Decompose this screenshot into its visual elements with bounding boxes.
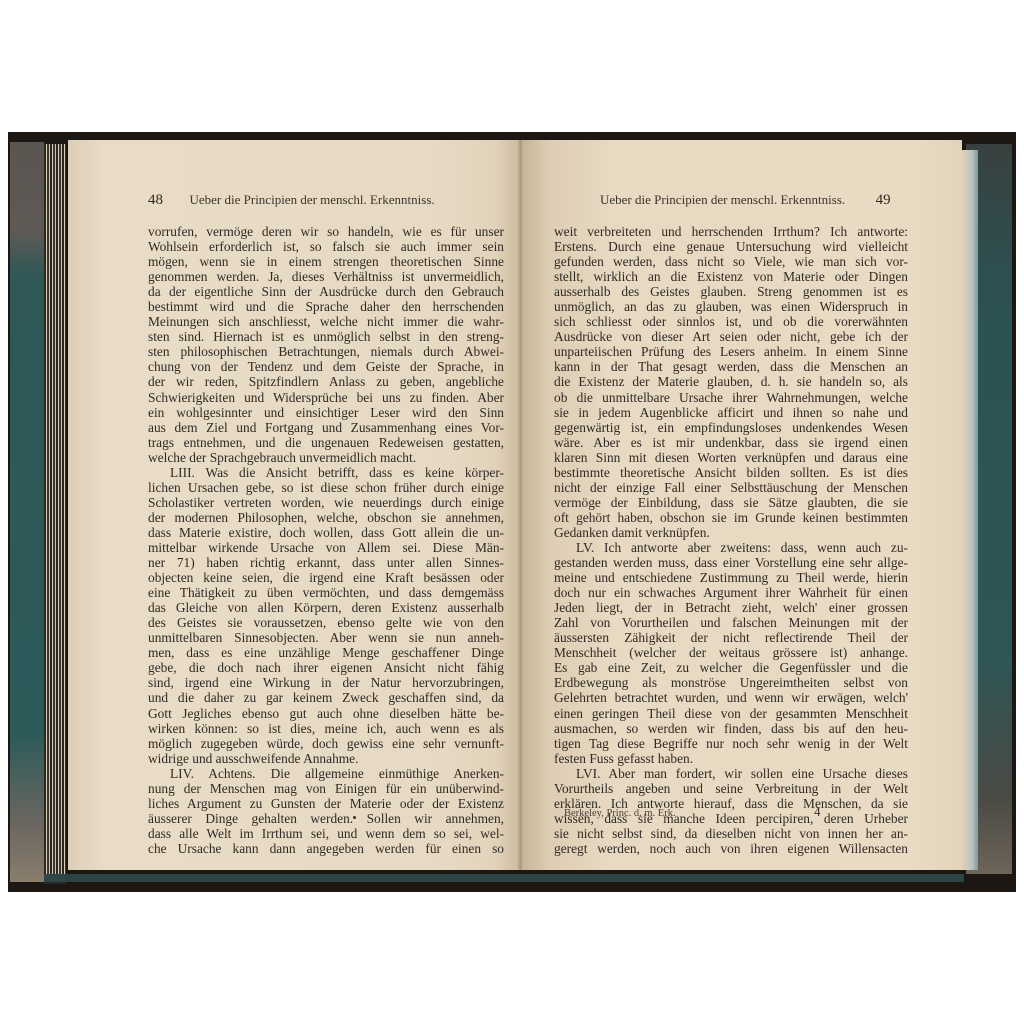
running-head: Ueber die Principien der menschl. Erkenn… [600, 192, 845, 207]
text-line: stellt, wirklich an die Existenz von Mat… [554, 269, 908, 284]
text-line: che Ursache kann dann angegeben werden f… [148, 841, 504, 856]
text-line: der wir reden, Spitzfindlern Anlass zu g… [148, 374, 504, 389]
text-line: äusserer Dinge gehalten werden. Sollen w… [148, 811, 504, 826]
text-line: Meinungen sich anschliesst, welche nicht… [148, 314, 504, 329]
right-page: Ueber die Principien der menschl. Erkenn… [522, 140, 962, 870]
text-line: vorrufen, vermöge deren wir so handeln, … [148, 224, 504, 239]
right-page-header: Ueber die Principien der menschl. Erkenn… [600, 192, 891, 209]
running-head: Ueber die Principien der menschl. Erkenn… [190, 192, 435, 207]
text-line: und die daher zu gar keinem Zweck gescha… [148, 690, 504, 705]
text-line: nung der Menschen mag von Einigen für ei… [148, 781, 504, 796]
text-line: bestimmt wird und die Sprache daher den … [148, 299, 504, 314]
text-line: wäre. Aber es ist mir undenkbar, dass si… [554, 435, 908, 450]
text-line: Gott Jegliches ebenso gut auch ohne dies… [148, 706, 504, 721]
text-line: Jeden liegt, der in Betracht zieht, welc… [554, 600, 908, 615]
text-line: dass alle Welt im Irrthum sei, und wenn … [148, 826, 504, 841]
page-number: 48 [148, 192, 163, 208]
text-line: gestanden werden muss, dass einer Vorste… [554, 555, 908, 570]
text-line: ausserhalb des Geistes glauben. Streng g… [554, 284, 908, 299]
text-line: Zahl von Vorurtheilen und falschen Meinu… [554, 615, 908, 630]
text-line: möglich zugegeben würde, doch gewiss ein… [148, 736, 504, 751]
text-line: der modernen Philosophen, welche, obscho… [148, 510, 504, 525]
text-line: mittelbar wirkende Ursache von Allem sei… [148, 540, 504, 555]
print-speck [353, 816, 356, 819]
open-book: 48 Ueber die Principien der menschl. Erk… [8, 132, 1016, 892]
text-line: genommen werden. Ja, dieses Verhältniss … [148, 269, 504, 284]
text-line: ausmachen, so werden wir finden, dass bi… [554, 721, 908, 736]
text-line: Ausdrücke von dieser Art seien oder nich… [554, 329, 908, 344]
text-line: chung von der Tendenz und dem Geiste der… [148, 359, 504, 374]
text-line: tigen Tag diese Begriffe nur noch sehr w… [554, 736, 908, 751]
text-line: einen geringen Theil diese von der gesam… [554, 706, 908, 721]
text-line: Scholastiker vertreten worden, wie neuer… [148, 495, 504, 510]
text-line: trags entnehmen, und die ungenauen Redew… [148, 435, 504, 450]
text-line: mögen, wenn sie in einem strengen theore… [148, 254, 504, 269]
text-line: Erdbewegung als monströse Ungereimtheite… [554, 675, 908, 690]
text-line: sind, irgend eine Wirkung in der Natur h… [148, 675, 504, 690]
text-line: eine Thätigkeit zu üben vermöchten, und … [148, 585, 504, 600]
text-line: Erstens. Durch eine genaue Untersuchung … [554, 239, 908, 254]
text-line: sich schliesst oder sinnlos ist, und ob … [554, 314, 908, 329]
text-line: die Existenz der Materie glauben, d. h. … [554, 374, 908, 389]
text-line: wirken können: so ist dies, meine ich, a… [148, 721, 504, 736]
text-line: sten philosophischen Betrachtungen, niem… [148, 344, 504, 359]
text-line: LV. Ich antworte aber zweitens: dass, we… [554, 540, 908, 555]
text-line: meine und entschiedene Zustimmung zu The… [554, 570, 908, 585]
text-line: gefunden werden, dass nicht so Viele, wi… [554, 254, 908, 269]
text-line: gebe, die doch nach ihrer eigenen Ansich… [148, 660, 504, 675]
text-line: das Gleiche von allen Körpern, deren Exi… [148, 600, 504, 615]
text-line: doch nur ein schwaches Argument ihrer Wa… [554, 585, 908, 600]
text-line: kann in der That gesagt werden, dass die… [554, 359, 908, 374]
text-line: bestimmte theoretische Ansicht bilden so… [554, 465, 908, 480]
left-page-header: 48 Ueber die Principien der menschl. Erk… [148, 192, 435, 209]
text-line: dass Materie existire, doch wollen, dass… [148, 525, 504, 540]
text-line: Wohlsein erforderlich ist, so falsch sie… [148, 239, 504, 254]
text-line: Es gab eine Zeit, zu welcher die Gegenfü… [554, 660, 908, 675]
text-line: unparteiischen Prüfung des Lesers anheim… [554, 344, 908, 359]
text-line: Vorurtheils angeben und seine Verbreitun… [554, 781, 908, 796]
text-line: unmöglich, an das zu glauben, was einen … [554, 299, 908, 314]
text-line: Gedanken damit verknüpfen. [554, 525, 908, 540]
text-line: LIII. Was die Ansicht betrifft, dass es … [148, 465, 504, 480]
text-line: ner 71) haben richtig erkannt, dass unte… [148, 555, 504, 570]
text-line: Menschheit (welcher der weitaus grössere… [554, 645, 908, 660]
text-line: sie nicht selbst sind, da dieselben nich… [554, 826, 908, 841]
text-line: aus dem Ziel und Fortgang und Zusammenha… [148, 420, 504, 435]
text-line: Gelehrten betrachtet wurden, und wenn wi… [554, 690, 908, 705]
text-line: ob die unmittelbare Ursache ihrer Wahrne… [554, 390, 908, 405]
printer-signature-footer: Berkeley, Princ. d. m. Erk. [564, 808, 676, 819]
text-line: sie in jedem Augenblicke afficirt und ih… [554, 405, 908, 420]
text-line: äussersten Zähigkeit der nicht reflectir… [554, 630, 908, 645]
text-line: des Geistes sie voraussetzen, ebenso gel… [148, 615, 504, 630]
text-line: LVI. Aber man fordert, wir sollen eine U… [554, 766, 908, 781]
text-line: oft gehört haben, obschon sie im Grunde … [554, 510, 908, 525]
book-cover-left [10, 142, 44, 882]
text-line: widrige und ausschweifende Annahme. [148, 751, 504, 766]
signature-mark: 4 [814, 804, 821, 820]
text-line: objecten keine seien, die irgend eine Kr… [148, 570, 504, 585]
text-line: liches Argument zu Gunsten der Materie o… [148, 796, 504, 811]
page-edges-left [44, 144, 66, 874]
text-line: sten sind. Hiernach ist es unmöglich sel… [148, 329, 504, 344]
book-cover-bottom-edge [44, 874, 964, 882]
text-line: vermöge der Einbildung, dass sie Sätze g… [554, 495, 908, 510]
text-line: geregt werden, noch auch von ihren eigen… [554, 841, 908, 856]
text-line: unmittelbaren Sinnesobjecten. Aber wenn … [148, 630, 504, 645]
text-line: festen Fuss gefasst haben. [554, 751, 908, 766]
right-page-body: weit verbreiteten und herrschenden Irrth… [554, 224, 908, 856]
text-line: ein wohlgesinnter und einsichtiger Leser… [148, 405, 504, 420]
text-line: welche der Sprachgebrauch unvermeidlich … [148, 450, 504, 465]
text-line: lichen Ursachen gebe, so ist diese schon… [148, 480, 504, 495]
text-line: nicht der einzige Fall einer Selbsttäusc… [554, 480, 908, 495]
text-line: da der eigentliche Sinn der Ausdrücke du… [148, 284, 504, 299]
text-line: Schwierigkeiten und Widersprüche bei uns… [148, 390, 504, 405]
text-line: klaren Sinn mit diesen Worten verknüpfen… [554, 450, 908, 465]
text-line: weit verbreiteten und herrschenden Irrth… [554, 224, 908, 239]
text-line: gegenwärtig ist, ein empfindungsloses un… [554, 420, 908, 435]
left-page: 48 Ueber die Principien der menschl. Erk… [68, 140, 522, 870]
text-line: men, dass es eine unzählige Menge gescha… [148, 645, 504, 660]
left-page-body: vorrufen, vermöge deren wir so handeln, … [148, 224, 504, 856]
page-number: 49 [876, 192, 891, 208]
text-line: LIV. Achtens. Die allgemeine einmüthige … [148, 766, 504, 781]
